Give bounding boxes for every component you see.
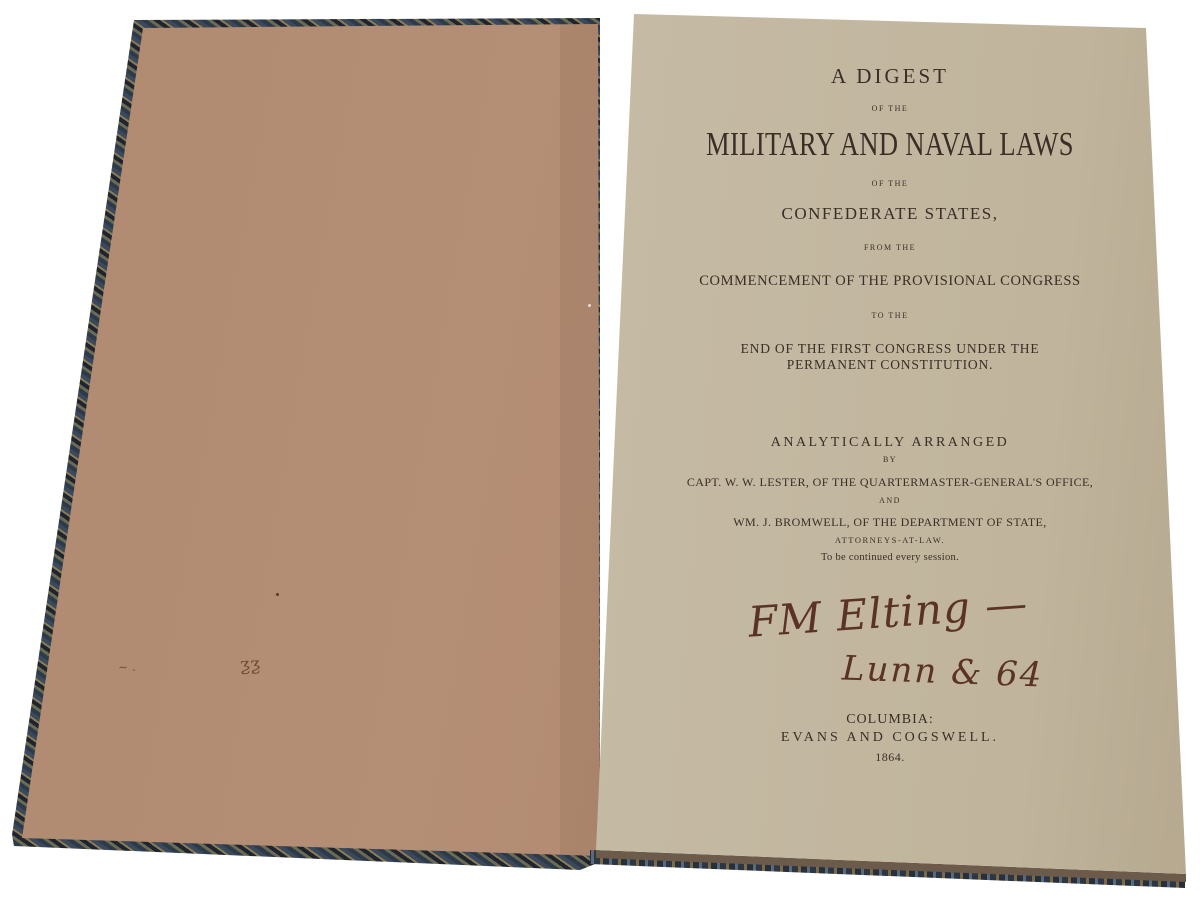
pencil-mark-2: ƺƺ	[239, 653, 260, 675]
handwritten-inscription: Lunn & 64	[841, 648, 1044, 695]
title-confederate-states: CONFEDERATE STATES,	[640, 204, 1140, 224]
title-a-digest: A DIGEST	[640, 64, 1140, 89]
book-photo: ~ . ƺƺ A DIGEST OF THE MILITARY AND NAVA…	[0, 0, 1200, 897]
ink-spot	[276, 593, 279, 596]
title-main: MILITARY AND NAVAL LAWS	[695, 126, 1085, 164]
by-label: BY	[640, 455, 1140, 464]
author-lester: CAPT. W. W. LESTER, OF THE QUARTERMASTER…	[640, 475, 1140, 490]
imprint-year: 1864.	[640, 750, 1140, 765]
paper-spot	[588, 304, 591, 307]
title-end-of-first-congress: END OF THE FIRST CONGRESS UNDER THE	[640, 341, 1140, 357]
pencil-mark-1: ~ .	[118, 660, 136, 675]
and-label: AND	[640, 496, 1140, 505]
continued-note: To be continued every session.	[640, 552, 1140, 563]
analytically-arranged: ANALYTICALLY ARRANGED	[640, 435, 1140, 451]
imprint-publisher: EVANS AND COGSWELL.	[640, 730, 1140, 746]
attorneys-at-law: ATTORNEYS-AT-LAW.	[640, 535, 1140, 545]
imprint-place: COLUMBIA:	[640, 712, 1140, 728]
title-permanent-constitution: PERMANENT CONSTITUTION.	[640, 357, 1140, 373]
title-of-the-2: OF THE	[640, 179, 1140, 188]
title-commencement: COMMENCEMENT OF THE PROVISIONAL CONGRESS	[640, 273, 1140, 290]
title-from-the: FROM THE	[640, 243, 1140, 252]
title-of-the-1: OF THE	[640, 104, 1140, 113]
author-bromwell: WM. J. BROMWELL, OF THE DEPARTMENT OF ST…	[640, 515, 1140, 530]
title-to-the: TO THE	[640, 311, 1140, 320]
